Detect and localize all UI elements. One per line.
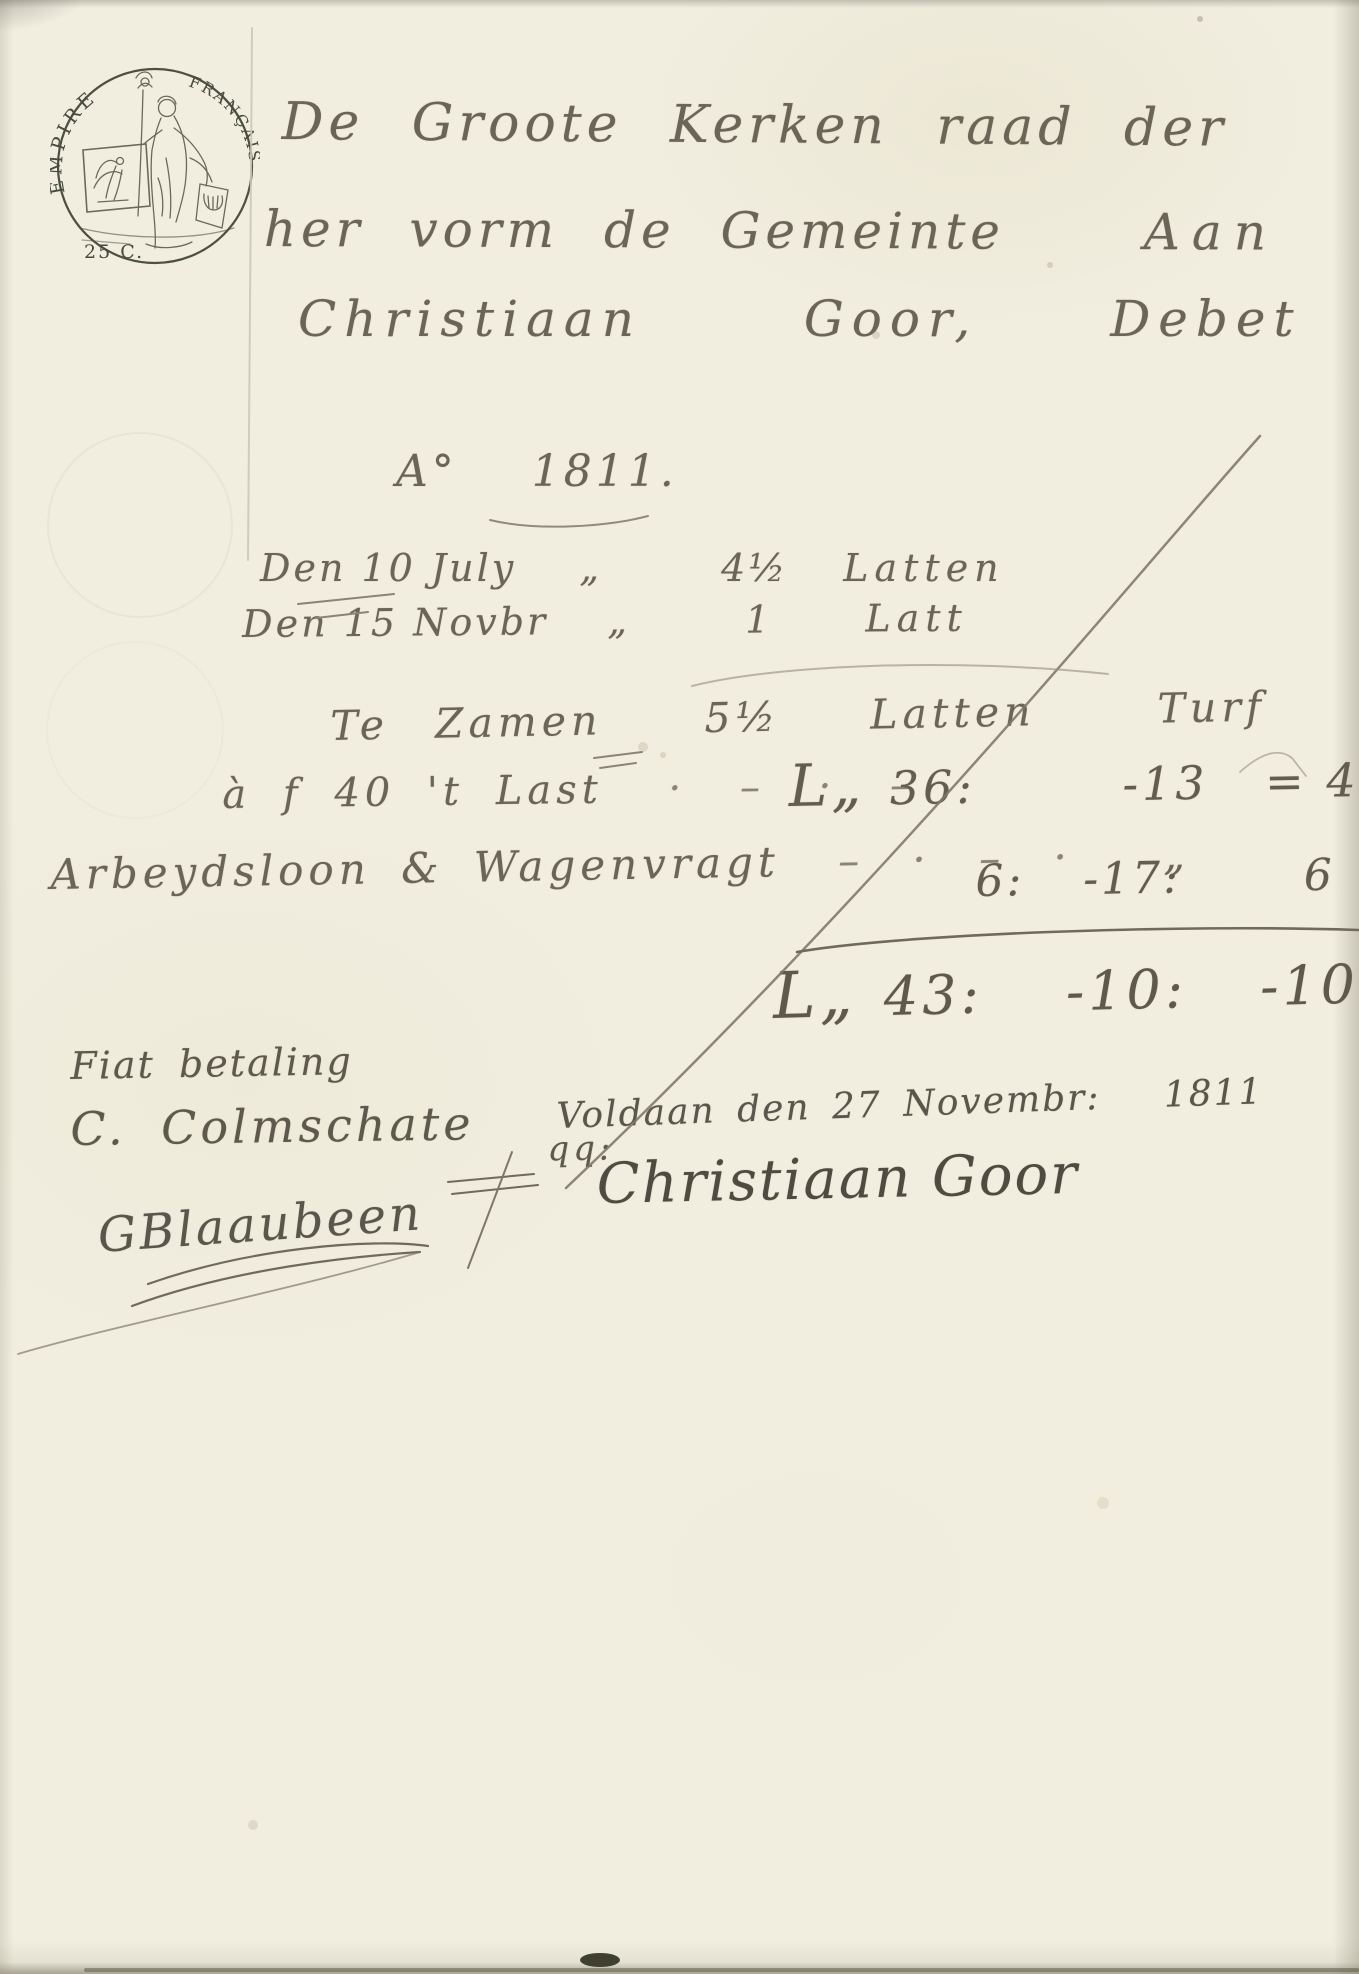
amount-2: 6: -17: 6: [975, 850, 1335, 907]
amount-1: L„ 36: -13 = 4: [788, 742, 1359, 820]
amount-2-penningen: 6: [1303, 850, 1335, 902]
amount-1-stuivers: -13: [1122, 756, 1209, 811]
approver-signature: C. Colmschate qq:: [70, 1094, 614, 1156]
bottom-edge-shadow: [84, 1968, 1359, 1972]
stamp-ghost-impression-2: [47, 642, 223, 818]
amount-1-penningen: = 4: [1265, 753, 1359, 809]
revenue-stamp: EMPIRE FRANÇAIS 25 C.: [50, 58, 260, 273]
entry-1-quantity: 4½: [721, 546, 788, 590]
year-prefix: A°: [396, 446, 458, 497]
debtor-last-name: Goor,: [804, 290, 978, 348]
heading-line-3: Christiaan Goor, Debet: [298, 290, 1302, 348]
debet-label: Debet: [1110, 290, 1301, 348]
fiat-betaling-note: Fiat betaling: [70, 1039, 353, 1088]
subtotal-label: Te Zamen: [330, 696, 603, 750]
document-page: EMPIRE FRANÇAIS 25 C.: [0, 0, 1359, 1974]
approver-name: C. Colmschate: [70, 1096, 475, 1156]
year-line: A° 1811.: [396, 446, 678, 497]
total-currency: L„: [772, 958, 858, 1034]
entry-2-unit: Latt: [865, 596, 968, 641]
stamp-denomination: 25 C.: [84, 241, 144, 263]
labour-label: Arbeydsloon & Wagenvragt: [50, 837, 780, 899]
bottom-ink-speck: [580, 1953, 620, 1967]
heading-line-1: De Groote Kerken raad der: [282, 92, 1229, 159]
signature-flourish-tail: [18, 1252, 420, 1354]
entry-1-date: Den 10 July: [260, 546, 516, 590]
paid-note: Voldaan den 27 Novembr: 1811: [556, 1071, 1264, 1137]
total-guilders: 43:: [883, 963, 984, 1029]
total-amount: L„ 43: -10: -10.: [772, 944, 1359, 1034]
heading-line-2-aan: Aan: [1144, 203, 1278, 261]
heading-line-2-main: her vorm de Gemeinte: [264, 200, 1005, 261]
total-stuivers: -10:: [1065, 957, 1188, 1023]
stamp-empire-text: EMPIRE: [50, 86, 101, 196]
entry-2-ditto-mark: „: [607, 599, 630, 643]
subtotal-product: Turf: [1157, 682, 1267, 732]
payer-signature: Christiaan Goor: [596, 1142, 1080, 1217]
amount-1-currency: L„: [788, 751, 866, 820]
year-value: 1811.: [532, 446, 678, 497]
amount-1-guilders: 36:: [889, 760, 976, 815]
entry-row-2: Den 15 Novbr „ 1 Latt: [242, 596, 968, 646]
amount-2-stuivers: -17:: [1083, 852, 1182, 905]
entry-row-1: Den 10 July „ 4½ Latten: [260, 546, 1005, 590]
small-slash: [468, 1152, 512, 1268]
signature-flourish-2: [132, 1252, 420, 1306]
paid-note-year: 1811: [1163, 1071, 1264, 1115]
wavy-stroke: [692, 665, 1108, 686]
entry-1-ditto-mark: „: [579, 546, 602, 590]
second-signature: GBlaaubeen: [96, 1185, 425, 1264]
entry-2-quantity: 1: [745, 597, 773, 641]
subtotal-line: Te Zamen 5½ Latten Turf: [330, 682, 1267, 750]
entry-2-date: Den 15 Novbr: [242, 599, 548, 646]
total-penningen: -10.: [1259, 952, 1359, 1018]
paid-note-text: Voldaan den 27 Novembr:: [556, 1077, 1101, 1137]
debtor-first-name: Christiaan: [298, 290, 642, 348]
subtotal-quantity: 5½: [704, 693, 781, 743]
amount-2-guilders: 6:: [975, 855, 1025, 907]
qq-double-underline: [448, 1174, 538, 1194]
stamp-ghost-impression-1: [48, 433, 232, 617]
year-underline: [490, 516, 648, 527]
entry-1-unit: Latten: [843, 546, 1004, 590]
fox-spots: [1047, 262, 1053, 268]
price-text: à f 40 't Last: [222, 767, 603, 818]
heading-line-2: her vorm de Gemeinte Aan: [264, 200, 1278, 262]
subtotal-unit: Latten: [870, 687, 1036, 738]
